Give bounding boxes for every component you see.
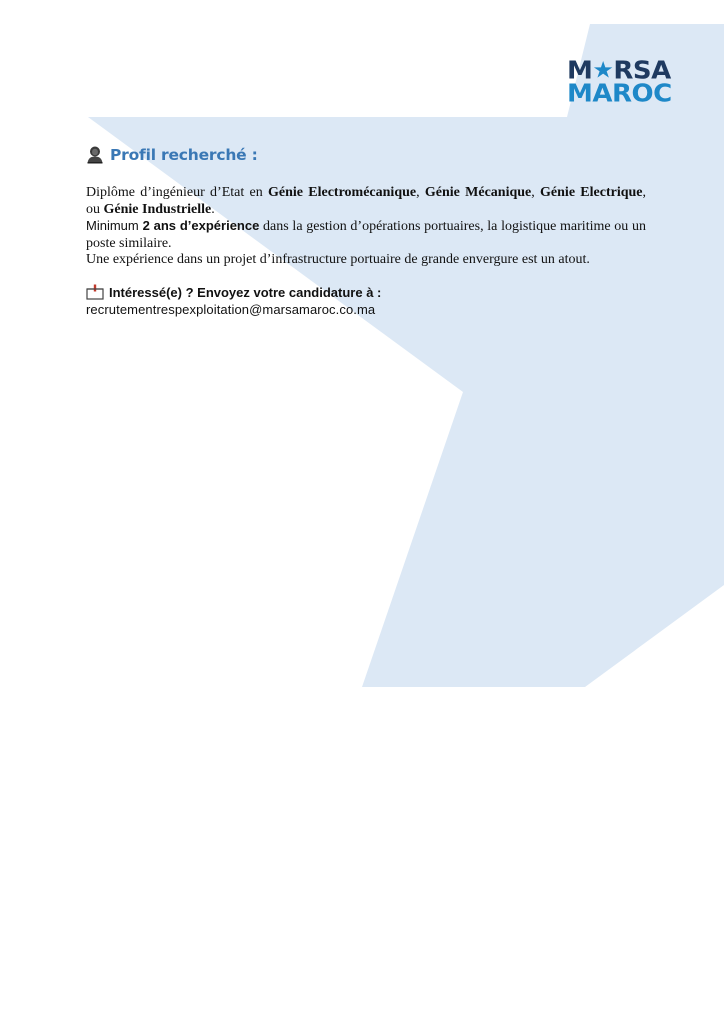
degree-electromecanique: Génie Electromécanique <box>268 185 416 200</box>
logo-line-maroc: MAROC <box>567 82 683 105</box>
apply-heading-text: Intéressé(e) ? Envoyez votre candidature… <box>109 285 381 300</box>
profile-heading: Profil recherché : <box>86 145 258 164</box>
logo-line-marsa: M★RSA <box>567 59 683 82</box>
requirement-bonus: Une expérience dans un projet d’infrastr… <box>86 252 646 269</box>
text: . <box>211 202 215 217</box>
profile-heading-text: Profil recherché : <box>110 146 258 164</box>
text: Diplôme d’ingénieur d’Etat en <box>86 185 268 200</box>
application-email-link[interactable]: recrutementrespexploitation@marsamaroc.c… <box>86 302 381 317</box>
degree-mecanique: Génie Mécanique <box>425 185 531 200</box>
degree-electrique: Génie Electrique <box>540 185 642 200</box>
person-icon <box>86 145 104 164</box>
text: , <box>416 185 425 200</box>
star-icon: ★ <box>592 59 613 82</box>
text: Minimum <box>86 218 143 233</box>
requirement-degree: Diplôme d’ingénieur d’Etat en Génie Elec… <box>86 185 646 218</box>
profile-requirements: Diplôme d’ingénieur d’Etat en Génie Elec… <box>86 185 646 269</box>
apply-section: Intéressé(e) ? Envoyez votre candidature… <box>86 284 381 317</box>
marsa-maroc-logo: M★RSA MAROC <box>567 58 683 105</box>
requirement-experience: Minimum 2 ans d’expérience dans la gesti… <box>86 218 646 252</box>
text: , <box>531 185 540 200</box>
experience-years: 2 ans d’expérience <box>143 218 260 233</box>
apply-heading: Intéressé(e) ? Envoyez votre candidature… <box>86 284 381 300</box>
inbox-tray-icon <box>86 284 104 300</box>
degree-industrielle: Génie Industrielle <box>104 202 212 217</box>
